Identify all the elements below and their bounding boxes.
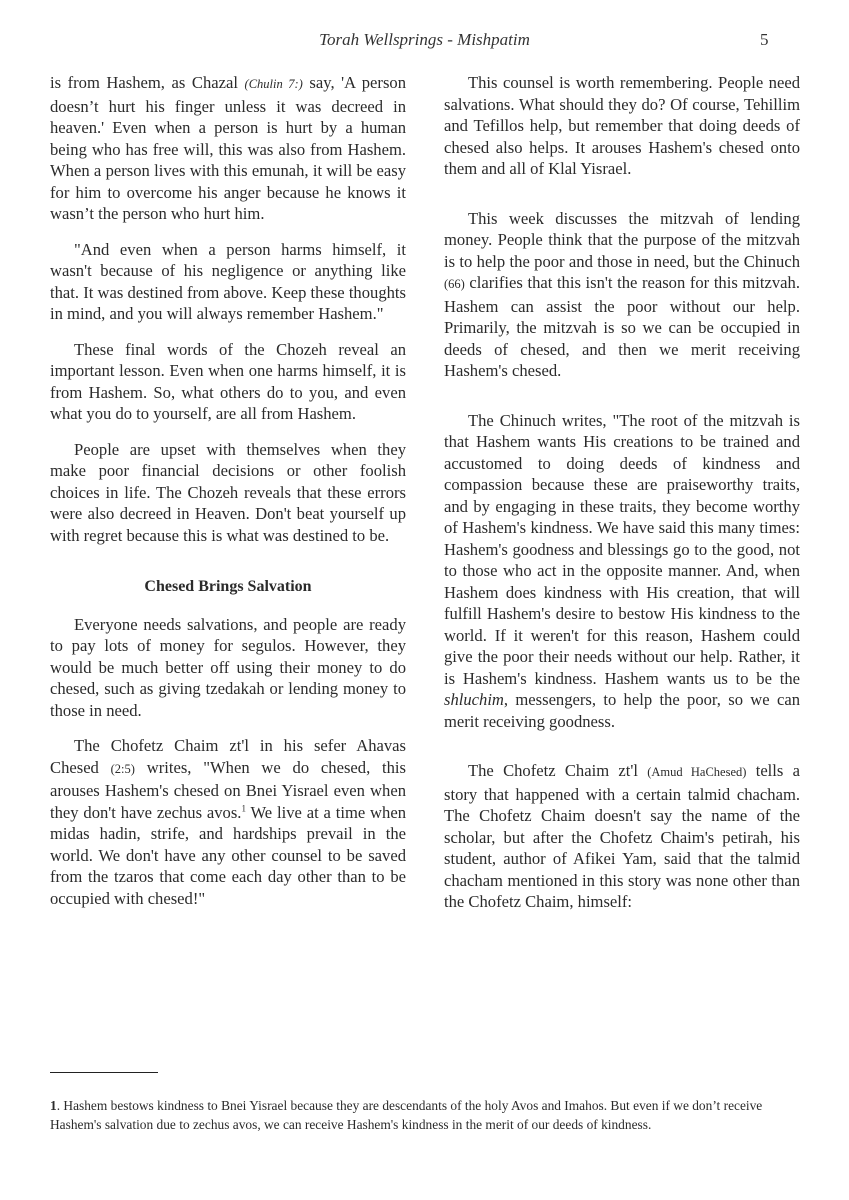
text: say, 'A person doesn’t hurt his finger u… — [50, 73, 406, 223]
footnote-divider — [50, 1072, 158, 1073]
footnote-number: 1 — [50, 1098, 57, 1113]
paragraph: The Chofetz Chaim zt'l in his sefer Ahav… — [50, 735, 406, 909]
text: The Chinuch writes, "The root of the mit… — [444, 411, 800, 688]
header-title: Torah Wellsprings - Mishpatim — [0, 30, 849, 50]
footnote: 1. Hashem bestows kindness to Bnei Yisra… — [50, 1096, 800, 1134]
italic-term: shluchim — [444, 690, 504, 709]
text: tells a story that happened with a certa… — [444, 761, 800, 911]
left-column: is from Hashem, as Chazal (Chulin 7:) sa… — [50, 72, 406, 923]
section-heading: Chesed Brings Salvation — [50, 576, 406, 598]
citation: (66) — [444, 277, 465, 291]
footnote-text: . Hashem bestows kindness to Bnei Yisrae… — [50, 1098, 762, 1132]
page-number: 5 — [760, 30, 769, 50]
paragraph: These final words of the Chozeh reveal a… — [50, 339, 406, 425]
paragraph: Everyone needs salvations, and people ar… — [50, 614, 406, 722]
citation: (2:5) — [111, 762, 135, 776]
paragraph: This week discusses the mitzvah of lendi… — [444, 208, 800, 382]
citation: (Chulin 7:) — [245, 77, 303, 91]
text: clarifies that this isn't the reason for… — [444, 273, 800, 380]
text: The Chofetz Chaim zt'l — [468, 761, 647, 780]
right-column: This counsel is worth remembering. Peopl… — [444, 72, 800, 927]
paragraph: People are upset with themselves when th… — [50, 439, 406, 547]
paragraph: "And even when a person harms himself, i… — [50, 239, 406, 325]
paragraph: The Chinuch writes, "The root of the mit… — [444, 410, 800, 733]
citation: (Amud HaChesed) — [647, 765, 746, 779]
paragraph: This counsel is worth remembering. Peopl… — [444, 72, 800, 180]
running-header: Torah Wellsprings - Mishpatim — [0, 30, 849, 60]
paragraph: is from Hashem, as Chazal (Chulin 7:) sa… — [50, 72, 406, 225]
text: This week discusses the mitzvah of lendi… — [444, 209, 800, 271]
paragraph: The Chofetz Chaim zt'l (Amud HaChesed) t… — [444, 760, 800, 913]
text: is from Hashem, as Chazal — [50, 73, 245, 92]
